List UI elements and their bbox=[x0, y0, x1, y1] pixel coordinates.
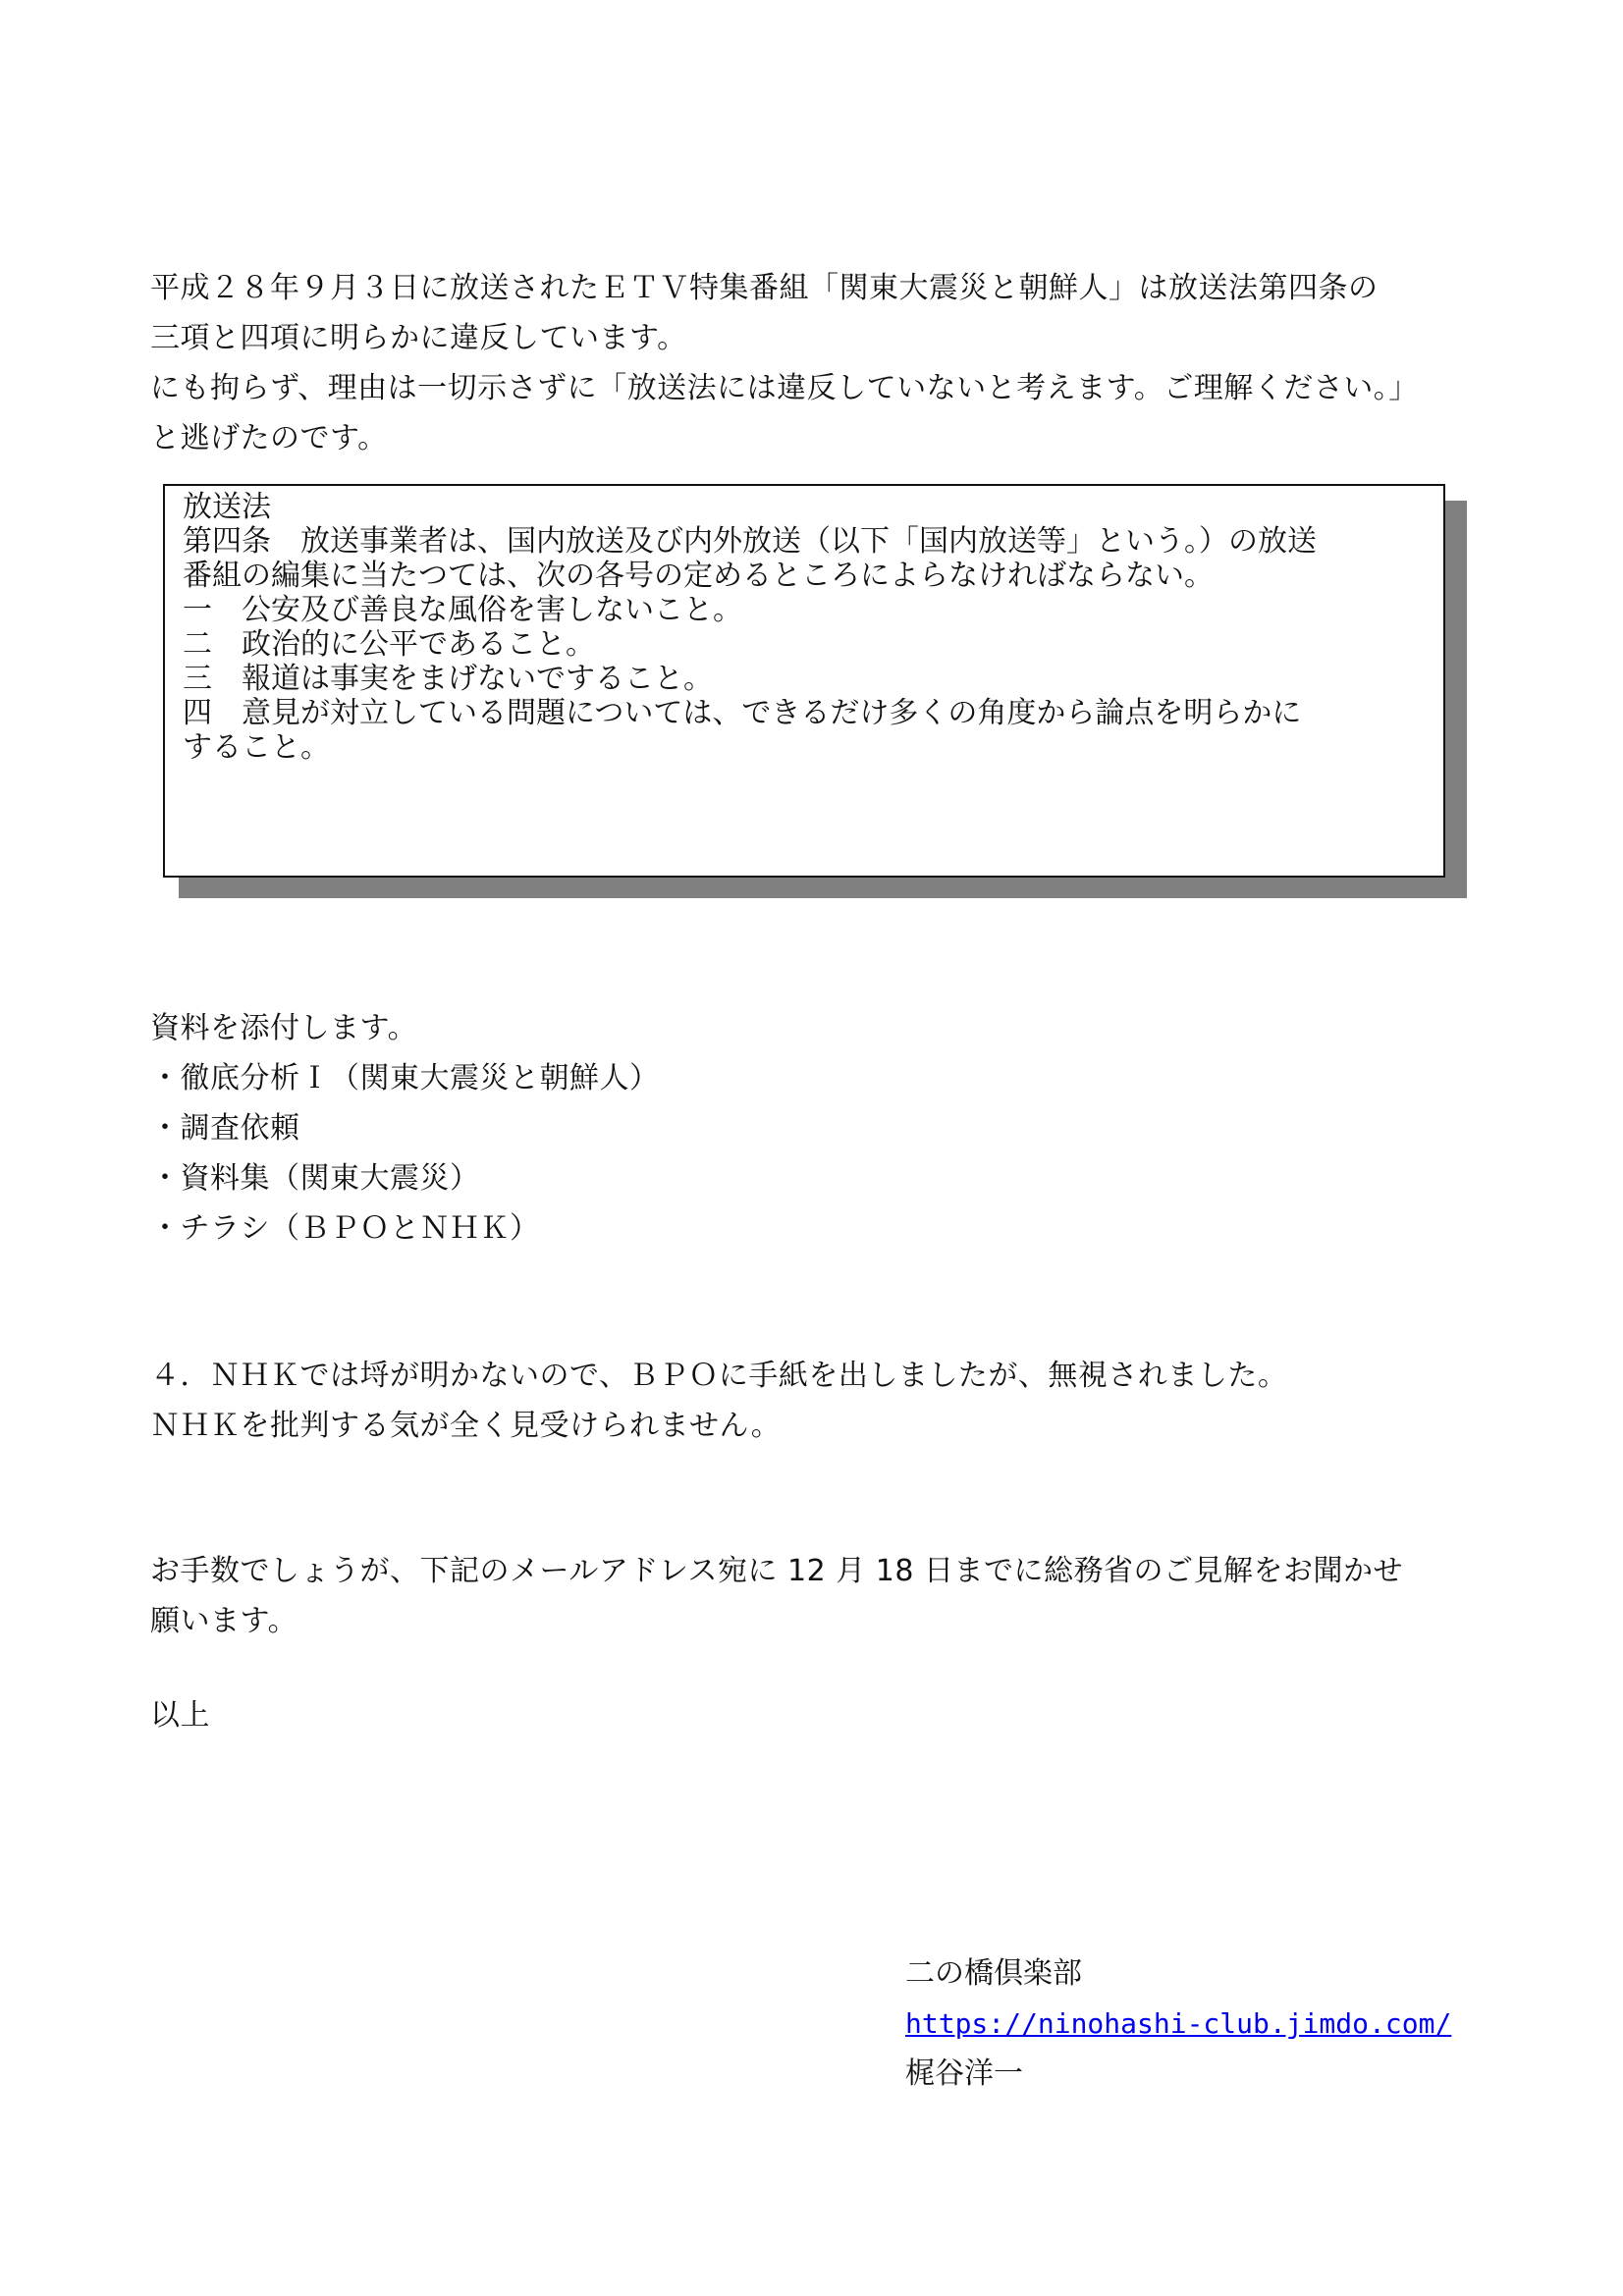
intro-line: 三項と四項に明らかに違反しています。 bbox=[150, 313, 1495, 363]
law-line: 二 政治的に公平であること。 bbox=[183, 627, 1426, 662]
request-paragraph: お手数でしょうが、下記のメールアドレス宛に 12 月 18 日までに総務省のご見… bbox=[150, 1546, 1495, 1646]
attachments-section: 資料を添付します。 ・徹底分析Ｉ（関東大震災と朝鮮人） ・調査依頼 ・資料集（関… bbox=[150, 1003, 1495, 1254]
attachments-heading: 資料を添付します。 bbox=[150, 1003, 1495, 1053]
attachment-item: ・調査依頼 bbox=[150, 1103, 1495, 1153]
attachment-item: ・資料集（関東大震災） bbox=[150, 1153, 1495, 1203]
law-line: 番組の編集に当たつては、次の各号の定めるところによらなければならない。 bbox=[183, 559, 1426, 593]
section-4-paragraph: ４．ＮＨＫでは埒が明かないので、ＢＰＯに手紙を出しましたが、無視されました。 Ｎ… bbox=[150, 1351, 1495, 1451]
intro-line: と逃げたのです。 bbox=[150, 413, 1495, 463]
law-line: 一 公安及び善良な風俗を害しないこと。 bbox=[183, 593, 1426, 627]
broadcast-act-quote-box: 放送法 第四条 放送事業者は、国内放送及び内外放送（以下「国内放送等」という。）… bbox=[163, 484, 1445, 878]
closing: 以上 bbox=[150, 1690, 1495, 1740]
section-4-line: ４．ＮＨＫでは埒が明かないので、ＢＰＯに手紙を出しましたが、無視されました。 bbox=[150, 1351, 1495, 1401]
organization-name: 二の橋倶楽部 bbox=[905, 1949, 1451, 1999]
intro-line: にも拘らず、理由は一切示さずに「放送法には違反していないと考えます。ご理解くださ… bbox=[150, 363, 1495, 413]
law-title: 放送法 bbox=[183, 490, 1426, 524]
attachment-item: ・徹底分析Ｉ（関東大震災と朝鮮人） bbox=[150, 1053, 1495, 1103]
intro-line: 平成２８年９月３日に放送されたＥＴＶ特集番組「関東大震災と朝鮮人」は放送法第四条… bbox=[150, 263, 1495, 313]
law-line: 四 意見が対立している問題については、できるだけ多くの角度から論点を明らかに bbox=[183, 696, 1426, 730]
website-link[interactable]: https://ninohashi-club.jimdo.com/ bbox=[905, 2007, 1451, 2040]
law-line: 三 報道は事実をまげないですること。 bbox=[183, 662, 1426, 696]
signature-block: 二の橋倶楽部 https://ninohashi-club.jimdo.com/… bbox=[905, 1949, 1451, 2099]
author-name: 梶谷洋一 bbox=[905, 2049, 1451, 2099]
law-line: すること。 bbox=[183, 730, 1426, 765]
closing-text: 以上 bbox=[150, 1690, 1495, 1740]
law-line: 第四条 放送事業者は、国内放送及び内外放送（以下「国内放送等」という。）の放送 bbox=[183, 524, 1426, 559]
intro-paragraph: 平成２８年９月３日に放送されたＥＴＶ特集番組「関東大震災と朝鮮人」は放送法第四条… bbox=[150, 263, 1495, 463]
request-line: お手数でしょうが、下記のメールアドレス宛に 12 月 18 日までに総務省のご見… bbox=[150, 1546, 1495, 1596]
request-line: 願います。 bbox=[150, 1596, 1495, 1646]
attachment-item: ・チラシ（ＢＰＯとＮＨＫ） bbox=[150, 1203, 1495, 1254]
section-4-line: ＮＨＫを批判する気が全く見受けられません。 bbox=[150, 1401, 1495, 1451]
